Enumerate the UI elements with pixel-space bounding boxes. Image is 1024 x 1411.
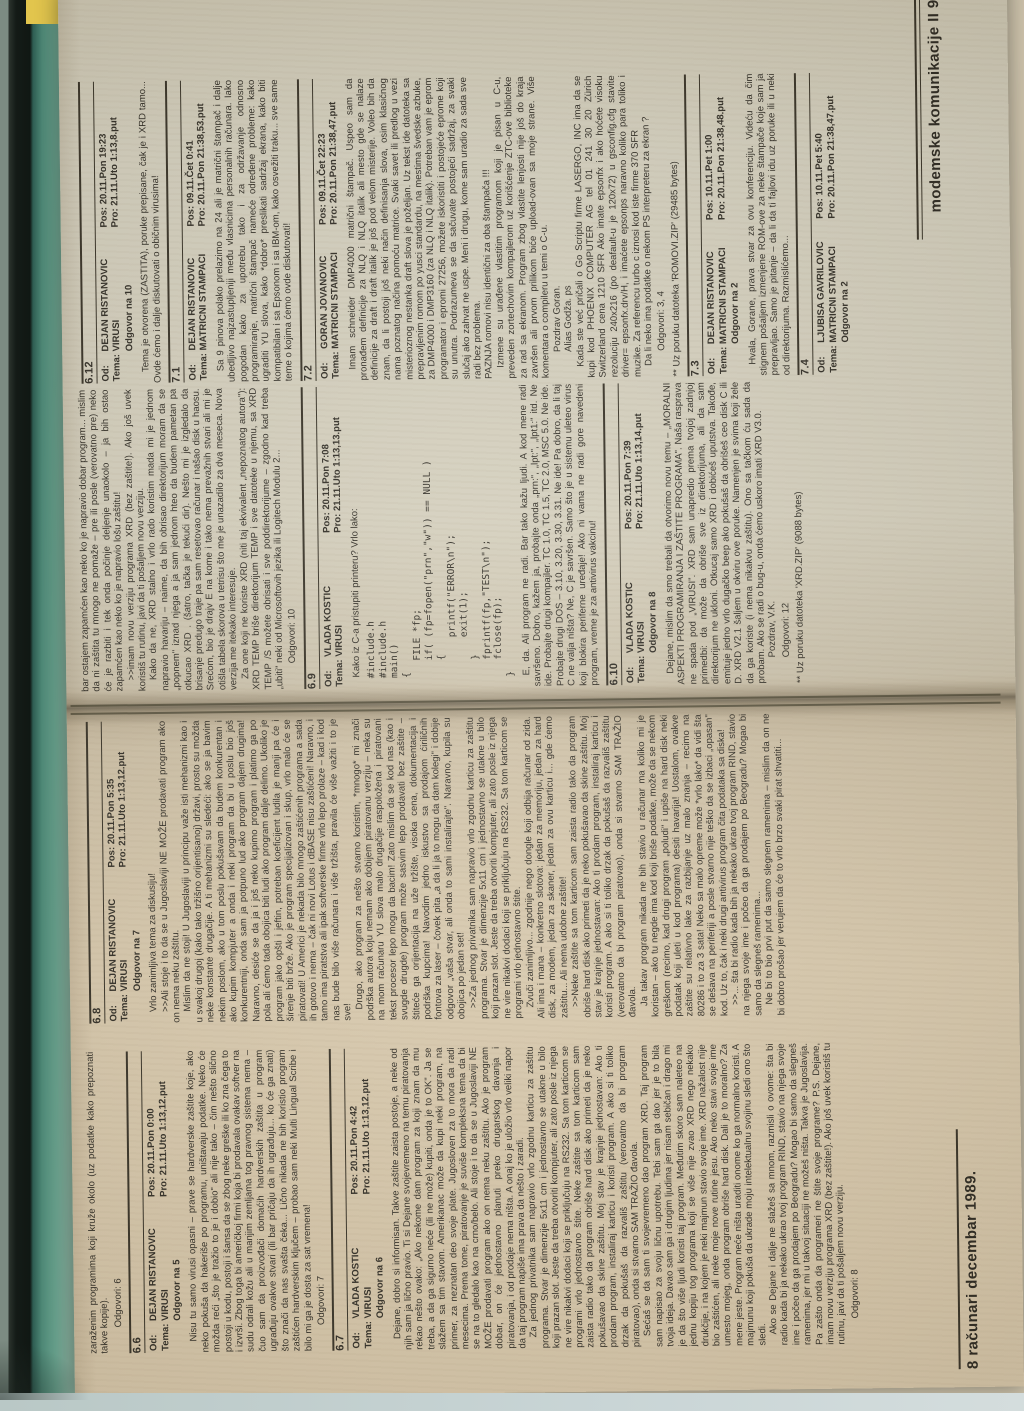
message-paragraph: bar ostajem zapamćen kao neko ko je napr… [77,389,126,692]
message-paragraph: Hvala, Gorane, prava stvar za ovu konfer… [743,73,792,376]
text-column-3: bar ostajem zapamćen kao neko ko je napr… [77,379,933,691]
topic-name: MATRICNI STAMPACI [197,226,210,350]
message-header: 7.1Od:DEJAN RISTANOVICPos: 09.11.Čet 0:4… [165,80,212,383]
replies-count: Odgovori: 6 [110,1051,125,1353]
from-label: Od: [108,991,120,1021]
text-column-2: 6.8Od:DEJAN RISTANOVICPos: 20.11.Pon 5:3… [81,711,937,1023]
message-header: 7.4Od:LJUBISA GAVRILOVICPos: 10.11.Pet 5… [794,72,854,375]
reply-to: Odgovor na 2 [727,74,742,374]
quoted-text: >>Neke zaštite sa tom karticom sam zaist… [567,715,639,1018]
from-label: Od: [706,344,718,374]
message-meta: Od:VLADA KOSTICPos: 20.11.Pon 7:39Tema:V… [618,383,662,685]
message-paragraph: Nisu tu samo virusi opasni – prave se ha… [185,1049,314,1353]
scanned-magazine-spread: zaraženim programima koji kruže okolo (u… [0,0,1024,1411]
message-paragraph: Izmene su urađene vlastitim programom ko… [492,76,553,379]
processed-time: Pro: 21.11.Uto 1:13,14.put [633,383,646,529]
scanner-bed-strip [0,1393,1024,1411]
code-block: #include.h #include.h main() { FILE *fp;… [363,385,517,679]
corner-shadow [0,1340,90,1400]
from-label: Od: [319,349,331,379]
message-header: 6.10Od:VLADA KOSTICPos: 20.11.Pon 7:39Te… [602,383,662,686]
text-column-1: zaraženim programima koji kruže okolo (u… [85,1041,941,1353]
topic-label: Tema: [718,344,730,374]
reply-to: Odgovor na 2 [837,72,852,372]
message-meta: Od:GORAN JOVANOVICPos: 09.11.Čet 22:23Te… [313,79,344,381]
message-header: 6.7Od:VLADA KOSTICPos: 20.11.Pon 4:42Tem… [329,1048,389,1351]
message-meta: Od:VLADA KOSTICPos: 20.11.Pon 4:42Tema:V… [345,1048,389,1350]
topic-name: VIRUSI [361,1194,374,1318]
message-paragraph: Drugo, ako program za nešto stvarno kori… [350,717,468,1020]
processed-time: Pro: 20.11.Pon 21:38,53.put [195,80,208,226]
from-label: Od: [187,350,199,380]
magazine-sheet: zaraženim programima koji kruže okolo (u… [58,0,1024,1398]
from-label: Od: [323,657,335,687]
topic-name: MATRICNI STAMPACI [826,219,839,343]
message-meta: Od:LJUBISA GAVRILOVICPos: 10.11.Pet 5:40… [810,72,854,374]
attachment-note: ** Uz poruku datoteka 'ROMOVI.ZIP' (2948… [668,75,683,377]
quoted-text: >>... šta bi radio kada bih ja nekako uk… [727,714,765,1016]
message-paragraph: zaraženim programima koji kruže okolo (u… [85,1052,112,1354]
message-paragraph: Ja takav program nikada ne bih stavio u … [635,714,730,1017]
message-paragraph: Kako da ne, XRD stalno i vrlo rado koris… [145,388,240,691]
message-paragraph: Ako se Dejane i dalje ne slažeš sa mnom,… [765,1043,849,1346]
processed-time: Pro: 20.11.Pon 21:38,48.put [715,74,728,220]
topic-label: Tema: [363,1318,375,1348]
message-meta: Od:DEJAN RISTANOVICPos: 10.11.Pet 1:00Te… [700,74,744,376]
reply-to: Odgovor na 7 [129,721,144,1021]
message-paragraph: Dejane, mislim da smo trebali da otvorim… [661,382,767,685]
topic-label: Tema: [828,343,840,373]
replies-count: Odgovori: 3, 4 [653,75,668,377]
message-paragraph: Zvuči zanimljivo... zgodnije nego dongle… [521,716,570,1019]
message-paragraph: E, da. Ali program ne radi. Bar tako kaž… [517,384,601,687]
topic-name: VIRUSI [634,529,647,653]
message-paragraph: Za jednog privatnika sam napravio vrlo z… [525,1045,643,1348]
page-footer-right: modemske komunikacije II 9 [914,0,945,240]
topic-label: Tema: [199,350,211,380]
message-header: 6.9Od:VLADA KOSTICPos: 20.11.Pon 7:08Tem… [300,387,347,690]
topic-name: MATRICNI STAMPACI [716,220,729,344]
topic-name: VIRUSI [158,1197,171,1321]
reply-to: Odgovor na 8 [645,383,660,683]
message-meta: Od:DEJAN RISTANOVICPos: 20.11.Pon 5:35Te… [102,721,146,1023]
from-label: Od: [100,351,112,381]
footer-left-text: 8 računari decembar 1989. [962,1109,982,1369]
topic-label: Tema: [330,349,342,379]
message-paragraph: Kada ste već pričali o Go Scriptu firme … [572,75,644,378]
processed-time: Pro: 21.11.Uto 1:13,8.put [108,81,121,227]
message-meta: Od:DEJAN RISTANOVICPos: 20.11.Pon 0:00Te… [142,1051,186,1353]
reply-to: Odgovor na 5 [169,1051,184,1351]
message-header: 6.12Od:DEJAN RISTANOVICPos: 20.11.Pon 19… [78,81,138,384]
processed-time: Pro: 20.11.Pon 21:38,47.put [824,73,837,219]
message-header: 6.8Od:DEJAN RISTANOVICPos: 20.11.Pon 5:3… [86,721,146,1024]
footer-rule [956,1129,961,1369]
text-column-4: 6.12Od:DEJAN RISTANOVICPos: 20.11.Pon 19… [73,72,929,384]
message-paragraph: Dejane, dobro si informisan. Takve zašti… [388,1046,529,1350]
message-header: 7.2Od:GORAN JOVANOVICPos: 09.11.Čet 22:2… [297,79,344,382]
replies-count: Odgovori: 10 [284,387,299,689]
message-paragraph: Sećaš se da sam ti svojevremeno dao prog… [639,1044,768,1348]
message-paragraph: Imam schneider DMP4000 matrični štampač.… [343,77,484,381]
topic-name: VIRUSI [110,227,123,351]
quoted-text: >>Za jednog privatnika sam napravio vrlo… [464,716,525,1019]
topic-label: Tema: [334,657,346,687]
signature: Pozdrav, V.K. [764,381,779,683]
processed-time: Pro: 21.11.Uto 1:13,12.put [156,1051,169,1197]
topic-label: Tema: [160,1321,172,1351]
message-paragraph: Sa 9 pinova polako prelazimo na 24 ali j… [212,79,296,382]
message-header: 6.6Od:DEJAN RISTANOVICPos: 20.11.Pon 0:0… [126,1051,186,1354]
topic-label: Tema: [636,653,648,683]
processed-time: Pro: 20.11.Pon 21:38,47.put [327,79,340,225]
processed-time: Pro: 21.11.Uto 1:13,13.put [331,387,344,533]
replies-count: Odgovori: 8 [846,1042,861,1344]
processed-time: Pro: 21.11.Uto 1:13,12.put [116,721,129,867]
reply-to: Odgovor na 10 [121,81,136,381]
scan-edge-yellow [26,0,62,24]
topic-name: VIRUSI [333,533,346,657]
message-header: 7.3Od:DEJAN RISTANOVICPos: 10.11.Pet 1:0… [684,74,744,377]
replies-count: Odgovori: 7 [313,1049,328,1351]
footer-right-text: modemske komunikacije II 9 [925,0,945,239]
footer-rule [919,0,923,240]
from-label: Od: [148,1321,160,1351]
topic-label: Tema: [119,991,131,1021]
message-meta: Od:DEJAN RISTANOVICPos: 09.11.Čet 0:41Te… [181,80,212,382]
message-paragraph: Kako iz C-a pristupiti printeru? Vrlo la… [347,386,362,688]
message-paragraph: Da li neko ima podatke o nekom PS interp… [640,75,655,377]
topic-label: Tema: [112,351,124,381]
page-footer-left: 8 računari decembar 1989. [956,1109,982,1369]
message-paragraph: Mislim da ne stoji! U Jugoslaviji u prin… [179,719,354,1023]
message-meta: Od:DEJAN RISTANOVICPos: 20.11.Pon 19:23T… [94,81,138,383]
attachment-note: ** Uz poruku datoteka 'XRD.ZIP' (9088 by… [792,381,807,683]
from-label: Od: [351,1318,363,1348]
message-paragraph: Za one koji ne koriste XRD (niti taj ekv… [236,387,285,690]
message-meta: Od:VLADA KOSTICPos: 20.11.Pon 7:08Tema:V… [316,387,347,689]
message-paragraph: Ne bi to bio prvi put da samo slegnem ra… [761,713,788,1015]
processed-time: Pro: 21.11.Uto 1:13,12.put [359,1048,372,1194]
replies-count: Odgovori: 12 [777,381,792,683]
message-paragraph: Tema je otvorena (ZASTITA), poruke prepi… [137,81,164,383]
reply-to: Odgovor na 6 [372,1048,387,1348]
from-label: Od: [816,343,828,373]
topic-name: VIRUSI [118,867,131,991]
topic-name: MATRICNI STAMPACI [329,225,342,349]
from-label: Od: [624,653,636,683]
